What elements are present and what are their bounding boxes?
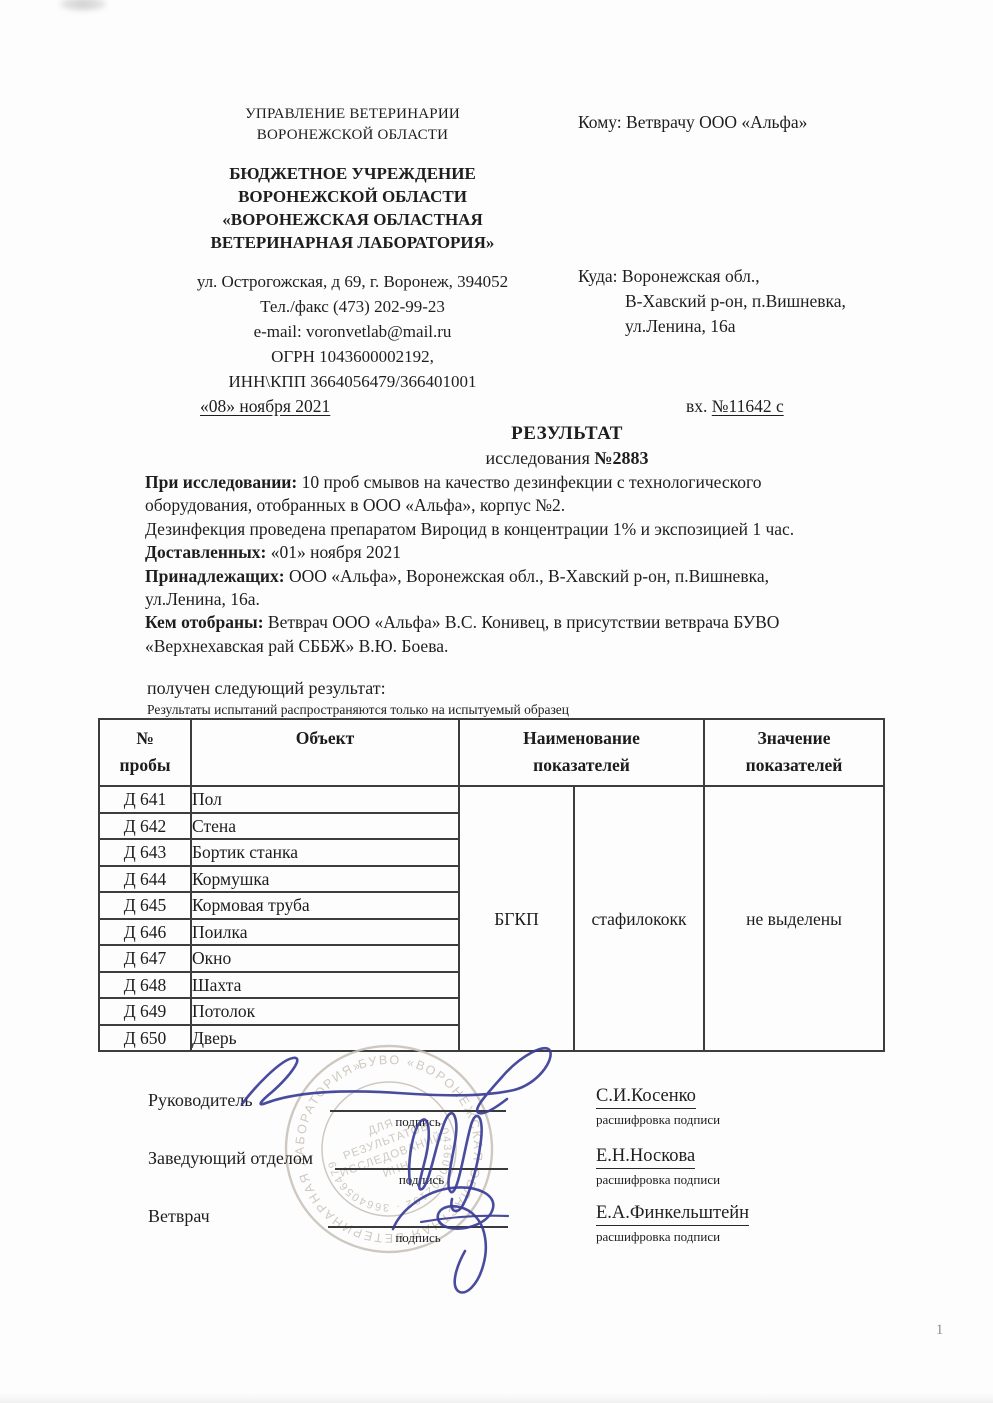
scanned-document-page: УПРАВЛЕНИЕ ВЕТЕРИНАРИИ ВОРОНЕЖСКОЙ ОБЛАС… [0,0,993,1403]
signature-ink-vet-dash [421,1216,508,1222]
signature-ink-head [242,1048,551,1113]
page-number: 1 [936,1322,943,1339]
signature-ink-vet [393,1187,493,1292]
handwritten-signatures [0,0,993,1403]
signature-ink-dept [409,1113,481,1211]
scan-bottom-shade [0,1393,993,1403]
